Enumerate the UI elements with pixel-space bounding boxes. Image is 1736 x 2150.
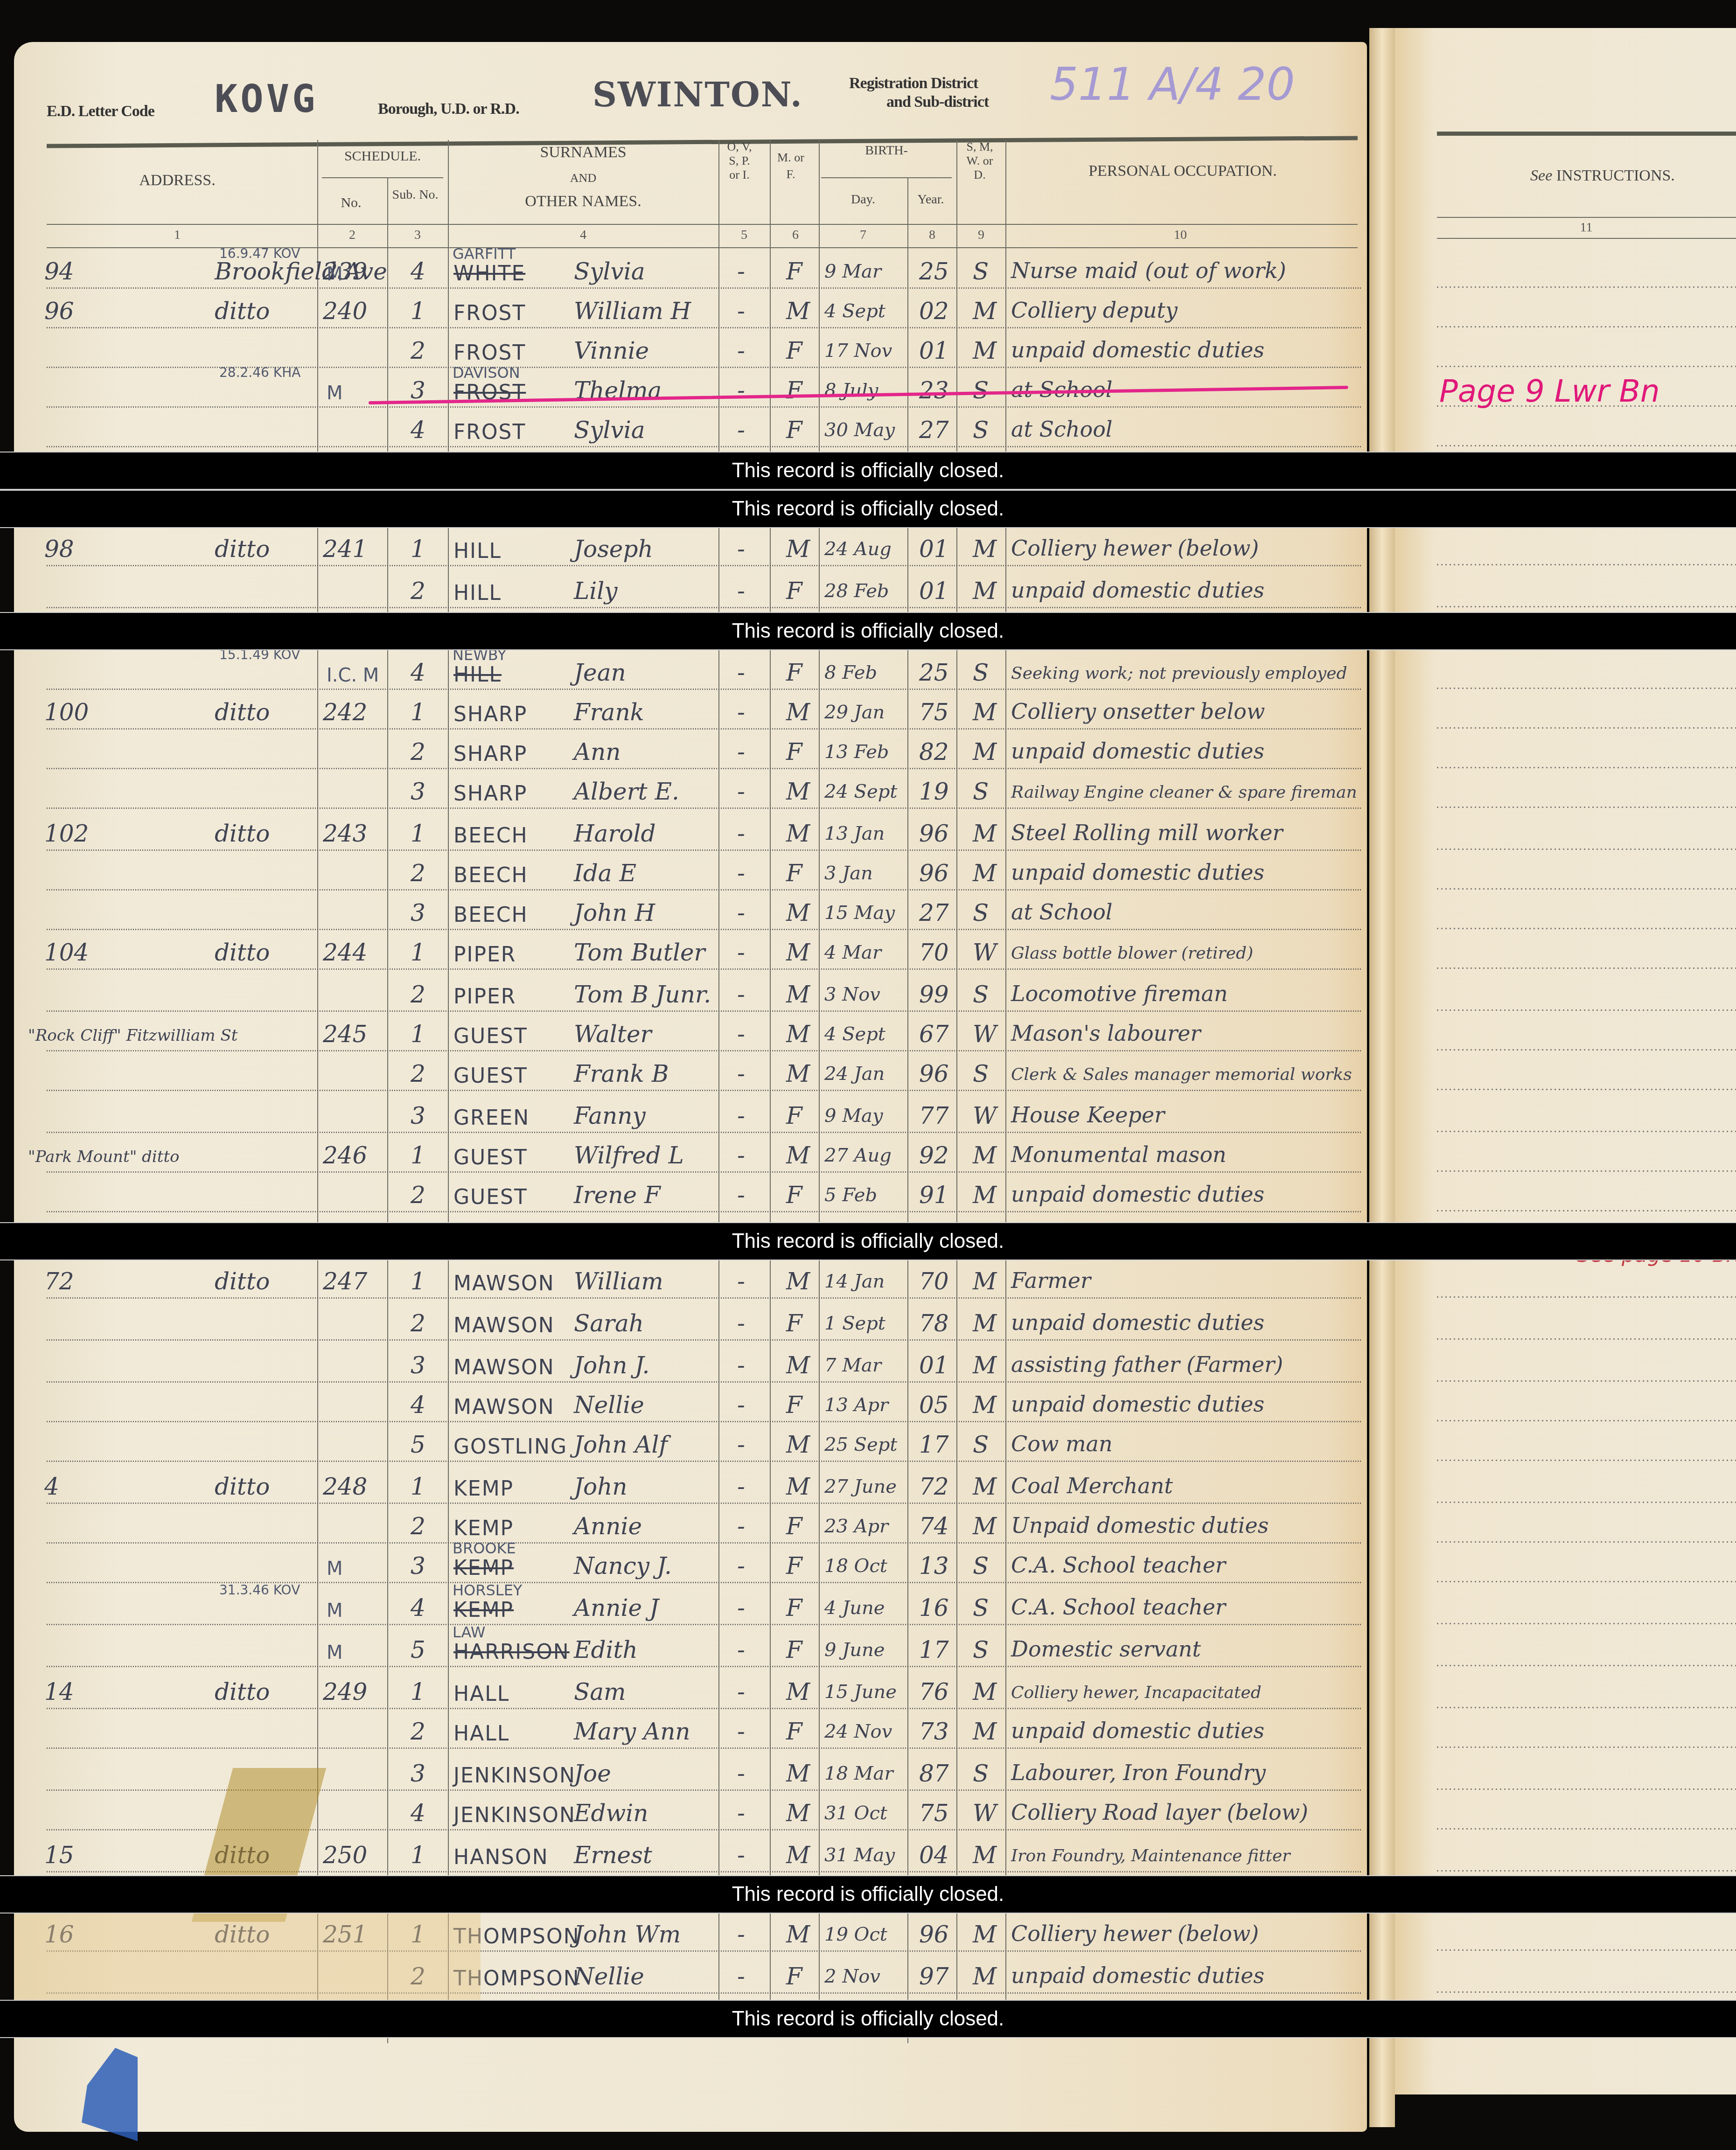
right-page-rule: [1437, 445, 1736, 446]
ovspi-value: -: [737, 1021, 745, 1048]
birth-year: 01: [919, 536, 949, 563]
forenames: John Alf: [574, 1431, 668, 1458]
address-street: ditto: [215, 1473, 270, 1500]
birth-year: 92: [919, 1142, 949, 1169]
sex: F: [786, 1636, 802, 1663]
surname: MAWSON: [453, 1356, 555, 1379]
occupation: Nurse maid (out of work): [1011, 258, 1286, 283]
occupation: Locomotive fireman: [1011, 981, 1228, 1006]
birth-day: 27 June: [824, 1476, 897, 1497]
birth-day: 19 Oct: [824, 1924, 887, 1945]
register-row: 31.3.46 KOVM4KEMPHORSLEYAnnie J-F4 June1…: [0, 1586, 1367, 1626]
amended-surname: GARFITT: [453, 245, 516, 263]
row-rule: [47, 1542, 1362, 1544]
birth-day: 9 Mar: [824, 261, 881, 282]
birth-year: 96: [919, 1921, 949, 1948]
surname: BEECH: [453, 863, 528, 887]
sub-number: 3: [411, 899, 425, 926]
ovspi-value: -: [737, 1431, 745, 1458]
row-rule: [47, 1381, 1362, 1383]
schedule-number: 240: [323, 298, 367, 325]
birth-day: 18 Oct: [824, 1555, 887, 1577]
row-rule: [47, 1297, 1362, 1299]
marital-status: M: [973, 1513, 997, 1540]
birth-year: 01: [919, 337, 949, 364]
forenames: Ann: [574, 738, 621, 765]
occupation: House Keeper: [1011, 1102, 1164, 1127]
ovspi-value: -: [737, 1182, 745, 1209]
birth-year: 87: [919, 1760, 949, 1787]
col-address: ADDRESS.: [47, 170, 308, 191]
ovspi-value: -: [737, 1594, 745, 1621]
schedule-number: 242: [323, 699, 367, 726]
schedule-number: 241: [323, 536, 367, 563]
ovspi-value: -: [737, 1678, 745, 1705]
surname: HILL: [453, 581, 502, 605]
right-page-rule: [1437, 564, 1736, 565]
forenames: John Wm: [574, 1921, 681, 1948]
ovspi-value: -: [737, 1268, 745, 1295]
closed-record-bar: This record is officially closed.: [0, 2000, 1736, 2038]
row-rule: [47, 1624, 1362, 1625]
birth-year: 96: [919, 820, 949, 847]
birth-day: 18 Mar: [824, 1763, 893, 1784]
marital-status: S: [973, 1636, 989, 1663]
surname: PIPER: [453, 943, 516, 967]
row-rule: [47, 728, 1362, 730]
marital-status: S: [973, 1552, 989, 1579]
amended-surname: DAVISON: [453, 364, 520, 382]
forenames: Frank: [574, 699, 644, 726]
forenames: Nellie: [574, 1963, 644, 1990]
column-number-3: 3: [404, 228, 432, 243]
birth-day: 4 Mar: [824, 942, 881, 963]
row-rule: [47, 607, 1362, 608]
sub-number: 3: [411, 1102, 425, 1129]
right-number-rule-bottom: [1437, 238, 1736, 239]
row-rule: [47, 1050, 1362, 1051]
sub-number: 2: [411, 981, 425, 1008]
sex: F: [786, 337, 802, 364]
ovspi-value: -: [737, 699, 745, 726]
marital-status: M: [973, 738, 997, 765]
col-year: Year.: [907, 191, 954, 208]
address-number: 102: [44, 820, 89, 847]
birth-year: 67: [919, 1021, 949, 1048]
birth-year: 16: [919, 1594, 949, 1621]
sex: F: [786, 1392, 802, 1419]
col-smwd: S, M, W. or D.: [966, 140, 994, 182]
col-ovspi: O, V, S, P. or I.: [725, 140, 753, 182]
surname: KEMP: [453, 1598, 514, 1622]
sex: M: [786, 1921, 810, 1948]
book-spine-fold: [1369, 28, 1395, 2127]
ovspi-value: -: [737, 659, 745, 686]
ovspi-value: -: [737, 417, 745, 444]
closed-record-bar: This record is officially closed.: [0, 452, 1736, 490]
closed-record-text: This record is officially closed.: [0, 1230, 1736, 1253]
ovspi-value: -: [737, 298, 745, 325]
forenames: Jean: [574, 659, 626, 686]
sex: F: [786, 1963, 802, 1990]
registration-label-2: and Sub-district: [886, 93, 989, 111]
surname: MAWSON: [453, 1314, 555, 1337]
marital-status: M: [973, 1142, 997, 1169]
address-number: 72: [44, 1268, 74, 1295]
row-rule: [47, 287, 1362, 289]
marital-status: S: [973, 1594, 989, 1621]
amended-surname: LAW: [453, 1623, 485, 1641]
right-page-rule: [1437, 1870, 1736, 1872]
right-page-rule: [1437, 1665, 1736, 1666]
birth-year: 96: [919, 860, 949, 887]
register-row: 3MAWSONJohn J.-M7 Mar01Massisting father…: [0, 1343, 1367, 1383]
sex: M: [786, 778, 810, 805]
pink-annotation: Page 9 Lwr Bn: [1439, 373, 1660, 409]
forenames: Joe: [574, 1760, 611, 1787]
sex: M: [786, 1060, 810, 1087]
ovspi-value: -: [737, 1800, 745, 1827]
birth-day: 24 Aug: [824, 538, 892, 560]
sub-number: 1: [411, 1842, 425, 1869]
forenames: Irene F: [574, 1182, 661, 1209]
register-row: 15.1.49 KOVI.C. M4HILLNEWBYJean-F8 Feb25…: [0, 651, 1367, 690]
sex: F: [786, 1102, 802, 1129]
occupation: Railway Engine cleaner & spare fireman: [1011, 783, 1357, 802]
col-day: Day.: [821, 191, 905, 208]
sex: M: [786, 1268, 810, 1295]
register-row: 2KEMPAnnie-F23 Apr74MUnpaid domestic dut…: [0, 1504, 1367, 1544]
forenames: Frank B: [574, 1060, 669, 1087]
register-row: 2HILLLily-F28 Feb01Munpaid domestic duti…: [0, 569, 1367, 609]
birth-year: 19: [919, 778, 949, 805]
birth-day: 29 Jan: [824, 702, 885, 723]
forenames: Lily: [574, 578, 617, 605]
right-page-rule: [1437, 1707, 1736, 1708]
register-row: 2SHARPAnn-F13 Feb82Munpaid domestic duti…: [0, 730, 1367, 770]
address-text: "Park Mount" ditto: [28, 1148, 180, 1166]
registration-label-1: Registration District: [849, 75, 978, 92]
schedule-subrule: [322, 177, 443, 178]
sub-number: 1: [411, 1268, 425, 1295]
right-page-rule: [1437, 606, 1736, 607]
row-rule: [47, 1666, 1362, 1667]
column-number-1: 1: [163, 228, 191, 243]
marital-status: M: [973, 699, 997, 726]
row-rule: [47, 807, 1362, 809]
register-row: "Park Mount" ditto2461GUESTWilfred L-M27…: [0, 1134, 1367, 1173]
marital-status: M: [973, 860, 997, 887]
sex: F: [786, 738, 802, 765]
forenames: Mary Ann: [574, 1718, 690, 1745]
right-page-rule: [1437, 1089, 1736, 1090]
marital-status: M: [973, 1392, 997, 1419]
ovspi-value: -: [737, 1963, 745, 1990]
ovspi-value: -: [737, 1513, 745, 1540]
birth-day: 23 Apr: [824, 1516, 888, 1537]
right-page-rule: [1437, 1131, 1736, 1132]
sex: M: [786, 939, 810, 966]
forenames: Sylvia: [574, 258, 645, 285]
ed-letter-code-label: E.D. Letter Code: [47, 103, 154, 120]
marital-status: M: [973, 1310, 997, 1337]
surname: SHARP: [453, 742, 527, 766]
schedule-number: 245: [323, 1021, 367, 1048]
sub-number: 1: [411, 939, 425, 966]
birth-year: 77: [919, 1102, 949, 1129]
sex: F: [786, 1182, 802, 1209]
right-page-rule: [1437, 928, 1736, 929]
sub-number: 3: [411, 778, 425, 805]
birth-year: 97: [919, 1963, 949, 1990]
col-mf: M. or F.: [777, 149, 805, 183]
sex: M: [786, 1142, 810, 1169]
occupation: Colliery hewer, Incapacitated: [1011, 1683, 1262, 1702]
register-row: 3BEECHJohn H-M15 May27Sat School: [0, 891, 1367, 931]
right-page-rule: [1437, 1828, 1736, 1830]
marital-status: S: [973, 778, 989, 805]
forenames: John: [574, 1473, 627, 1500]
register-row: 4ditto2481KEMPJohn-M27 June72MCoal Merch…: [0, 1465, 1367, 1504]
register-row: 5GOSTLINGJohn Alf-M25 Sept17SCow man: [0, 1423, 1367, 1462]
schedule-annotation: M: [327, 1600, 343, 1621]
register-row: 3JENKINSONJoe-M18 Mar87SLabourer, Iron F…: [0, 1752, 1367, 1791]
occupation: assisting father (Farmer): [1011, 1352, 1283, 1377]
register-row: 28.2.46 KHAM3FROSTDAVISONThelma-F8 July2…: [0, 369, 1367, 408]
marital-status: M: [973, 1268, 997, 1295]
address-street: ditto: [215, 820, 270, 847]
birth-year: 27: [919, 899, 949, 926]
occupation: Colliery onsetter below: [1011, 699, 1265, 724]
sub-number: 2: [411, 738, 425, 765]
forenames: Tom Butler: [574, 939, 705, 966]
closed-record-text: This record is officially closed.: [0, 1883, 1736, 1906]
birth-year: 13: [919, 1552, 949, 1579]
occupation: Colliery deputy: [1011, 298, 1178, 323]
register-row: 100ditto2421SHARPFrank-M29 Jan75MCollier…: [0, 690, 1367, 730]
sub-number: 4: [411, 1594, 425, 1621]
sub-number: 2: [411, 1060, 425, 1087]
marital-status: S: [973, 899, 989, 926]
marital-status: M: [973, 1678, 997, 1705]
occupation: unpaid domestic duties: [1011, 337, 1264, 362]
sex: M: [786, 981, 810, 1008]
tape-strip: [14, 1913, 481, 2001]
column-number-5: 5: [730, 228, 758, 243]
birth-year: 25: [919, 258, 949, 285]
ovspi-value: -: [737, 860, 745, 887]
birth-year: 74: [919, 1513, 949, 1540]
sex: F: [786, 417, 802, 444]
ovspi-value: -: [737, 1760, 745, 1787]
birth-day: 4 Sept: [824, 1023, 885, 1045]
birth-day: 9 June: [824, 1639, 885, 1661]
occupation: Colliery Road layer (below): [1011, 1800, 1308, 1825]
occupation: Cow man: [1011, 1431, 1113, 1456]
birth-day: 31 May: [824, 1844, 895, 1866]
forenames: Tom B Junr.: [574, 981, 711, 1008]
right-page-rule: [1437, 1991, 1736, 1993]
address-street: ditto: [215, 1678, 270, 1705]
register-row: 96ditto2401FROSTWilliam H-M4 Sept02MColl…: [0, 289, 1367, 329]
right-header-rule: [1437, 132, 1736, 136]
ovspi-value: -: [737, 1392, 745, 1419]
sex: M: [786, 699, 810, 726]
surname: GUEST: [453, 1146, 528, 1169]
marital-status: W: [973, 1800, 997, 1827]
occupation: unpaid domestic duties: [1011, 738, 1264, 764]
surname: MAWSON: [453, 1272, 555, 1295]
ovspi-value: -: [737, 1473, 745, 1500]
register-row: 4FROSTSylvia-F30 May27Sat School: [0, 408, 1367, 448]
occupation: Mason's labourer: [1011, 1021, 1200, 1046]
sub-number: 1: [411, 298, 425, 325]
marital-status: S: [973, 258, 989, 285]
closed-record-text: This record is officially closed.: [0, 497, 1736, 521]
birth-year: 72: [919, 1473, 949, 1500]
row-rule: [47, 1708, 1362, 1709]
column-number-11: 11: [1572, 220, 1600, 235]
right-page-rule: [1437, 849, 1736, 850]
birth-year: 04: [919, 1842, 949, 1869]
marital-status: M: [973, 820, 997, 847]
schedule-number: 246: [323, 1142, 367, 1169]
borough-value: SWINTON.: [593, 75, 803, 114]
address-street: ditto: [215, 298, 270, 325]
forenames: Fanny: [574, 1102, 646, 1129]
row-rule: [47, 689, 1362, 690]
ovspi-value: -: [737, 1102, 745, 1129]
birth-year: 01: [919, 578, 949, 605]
schedule-number: 249: [323, 1678, 367, 1705]
occupation: unpaid domestic duties: [1011, 1718, 1264, 1743]
surname: KEMP: [453, 1517, 514, 1540]
right-page-rule: [1437, 727, 1736, 729]
closed-record-bar: This record is officially closed.: [0, 490, 1736, 528]
birth-year: 02: [919, 298, 949, 325]
schedule-annotation: M: [327, 383, 343, 404]
surname: JENKINSON: [453, 1803, 576, 1827]
row-rule: [47, 327, 1362, 328]
amended-surname: HORSLEY: [453, 1581, 522, 1599]
birth-year: 73: [919, 1718, 949, 1745]
surname: JENKINSON: [453, 1764, 576, 1788]
column-number-6: 6: [781, 228, 809, 243]
occupation: Unpaid domestic duties: [1011, 1513, 1269, 1538]
forenames: Sam: [574, 1678, 626, 1705]
birth-subrule: [821, 177, 952, 178]
row-rule: [47, 1461, 1362, 1462]
birth-day: 8 Feb: [824, 662, 877, 683]
right-page-rule: [1437, 1210, 1736, 1211]
marital-status: S: [973, 1760, 989, 1787]
register-row: 94Brookfield Ave16.9.47 KOV239M4WHITEGAR…: [0, 250, 1367, 289]
sub-number: 1: [411, 1142, 425, 1169]
surname: PIPER: [453, 985, 516, 1009]
occupation: Coal Merchant: [1011, 1473, 1173, 1498]
sex: F: [786, 1310, 802, 1337]
marital-status: S: [973, 1060, 989, 1087]
sub-number: 1: [411, 1021, 425, 1048]
address-number: 14: [44, 1678, 74, 1705]
surname: MAWSON: [453, 1395, 555, 1419]
marital-status: S: [973, 377, 989, 404]
sub-number: 2: [411, 1182, 425, 1209]
birth-day: 3 Jan: [824, 863, 873, 884]
forenames: Sylvia: [574, 417, 645, 444]
register-row: 2GUESTFrank B-M24 Jan96SClerk & Sales ma…: [0, 1052, 1367, 1092]
register-row: 2PIPERTom B Junr.-M3 Nov99SLocomotive fi…: [0, 973, 1367, 1012]
col-instructions-see: See: [1530, 167, 1552, 184]
col-instructions: INSTRUCTIONS.: [1556, 167, 1675, 184]
sub-number: 5: [411, 1431, 425, 1458]
surname: KEMP: [453, 1477, 514, 1501]
col-schedule-sub: Sub. No.: [387, 187, 443, 203]
row-rule: [47, 1132, 1362, 1133]
register-row: 14ditto2491HALLSam-M15 June76MColliery h…: [0, 1670, 1367, 1710]
sex: F: [786, 659, 802, 686]
occupation: Seeking work; not previously employed: [1011, 664, 1347, 683]
right-number-rule-top: [1437, 217, 1736, 218]
ovspi-value: -: [737, 1310, 745, 1337]
ovspi-value: -: [737, 1142, 745, 1169]
sex: M: [786, 820, 810, 847]
sub-number: 3: [411, 1552, 425, 1579]
schedule-annotation: M: [327, 1642, 343, 1663]
birth-day: 31 Oct: [824, 1802, 887, 1824]
sex: M: [786, 1021, 810, 1048]
marital-status: M: [973, 1473, 997, 1500]
occupation: Steel Rolling mill worker: [1011, 820, 1283, 845]
sub-number: 4: [411, 1800, 425, 1827]
schedule-annotation: I.C. M: [327, 665, 379, 686]
birth-day: 3 Nov: [824, 984, 880, 1005]
sub-number: 3: [411, 1760, 425, 1787]
sex: M: [786, 1678, 810, 1705]
surname: BEECH: [453, 903, 528, 927]
register-row: 2HALLMary Ann-F24 Nov73Munpaid domestic …: [0, 1710, 1367, 1749]
forenames: Annie: [574, 1513, 642, 1540]
schedule-number: 250: [323, 1842, 367, 1869]
surname: KEMP: [453, 1556, 514, 1580]
register-row: 4JENKINSONEdwin-M31 Oct75WColliery Road …: [0, 1791, 1367, 1831]
occupation: Monumental mason: [1011, 1142, 1227, 1167]
birth-year: 75: [919, 699, 949, 726]
row-rule: [47, 406, 1362, 408]
surname: GREEN: [453, 1106, 530, 1130]
row-rule: [47, 1211, 1362, 1212]
birth-day: 13 Jan: [824, 823, 885, 844]
sex: F: [786, 860, 802, 887]
occupation: unpaid domestic duties: [1011, 1963, 1264, 1988]
row-rule: [47, 1421, 1362, 1422]
sex: F: [786, 578, 802, 605]
right-page-rule: [1437, 286, 1736, 288]
row-rule: [47, 565, 1362, 566]
closed-record-text: This record is officially closed.: [0, 459, 1736, 482]
surname: GUEST: [453, 1064, 528, 1088]
surname: HALL: [453, 1682, 509, 1706]
marital-status: M: [973, 1182, 997, 1209]
sex: F: [786, 1718, 802, 1745]
marital-status: W: [973, 939, 997, 966]
marital-status: W: [973, 1021, 997, 1048]
row-rule: [47, 446, 1362, 447]
surname: SHARP: [453, 703, 527, 726]
ovspi-value: -: [737, 1352, 745, 1379]
occupation: Domestic servant: [1011, 1636, 1201, 1662]
address-street: ditto: [215, 939, 270, 966]
